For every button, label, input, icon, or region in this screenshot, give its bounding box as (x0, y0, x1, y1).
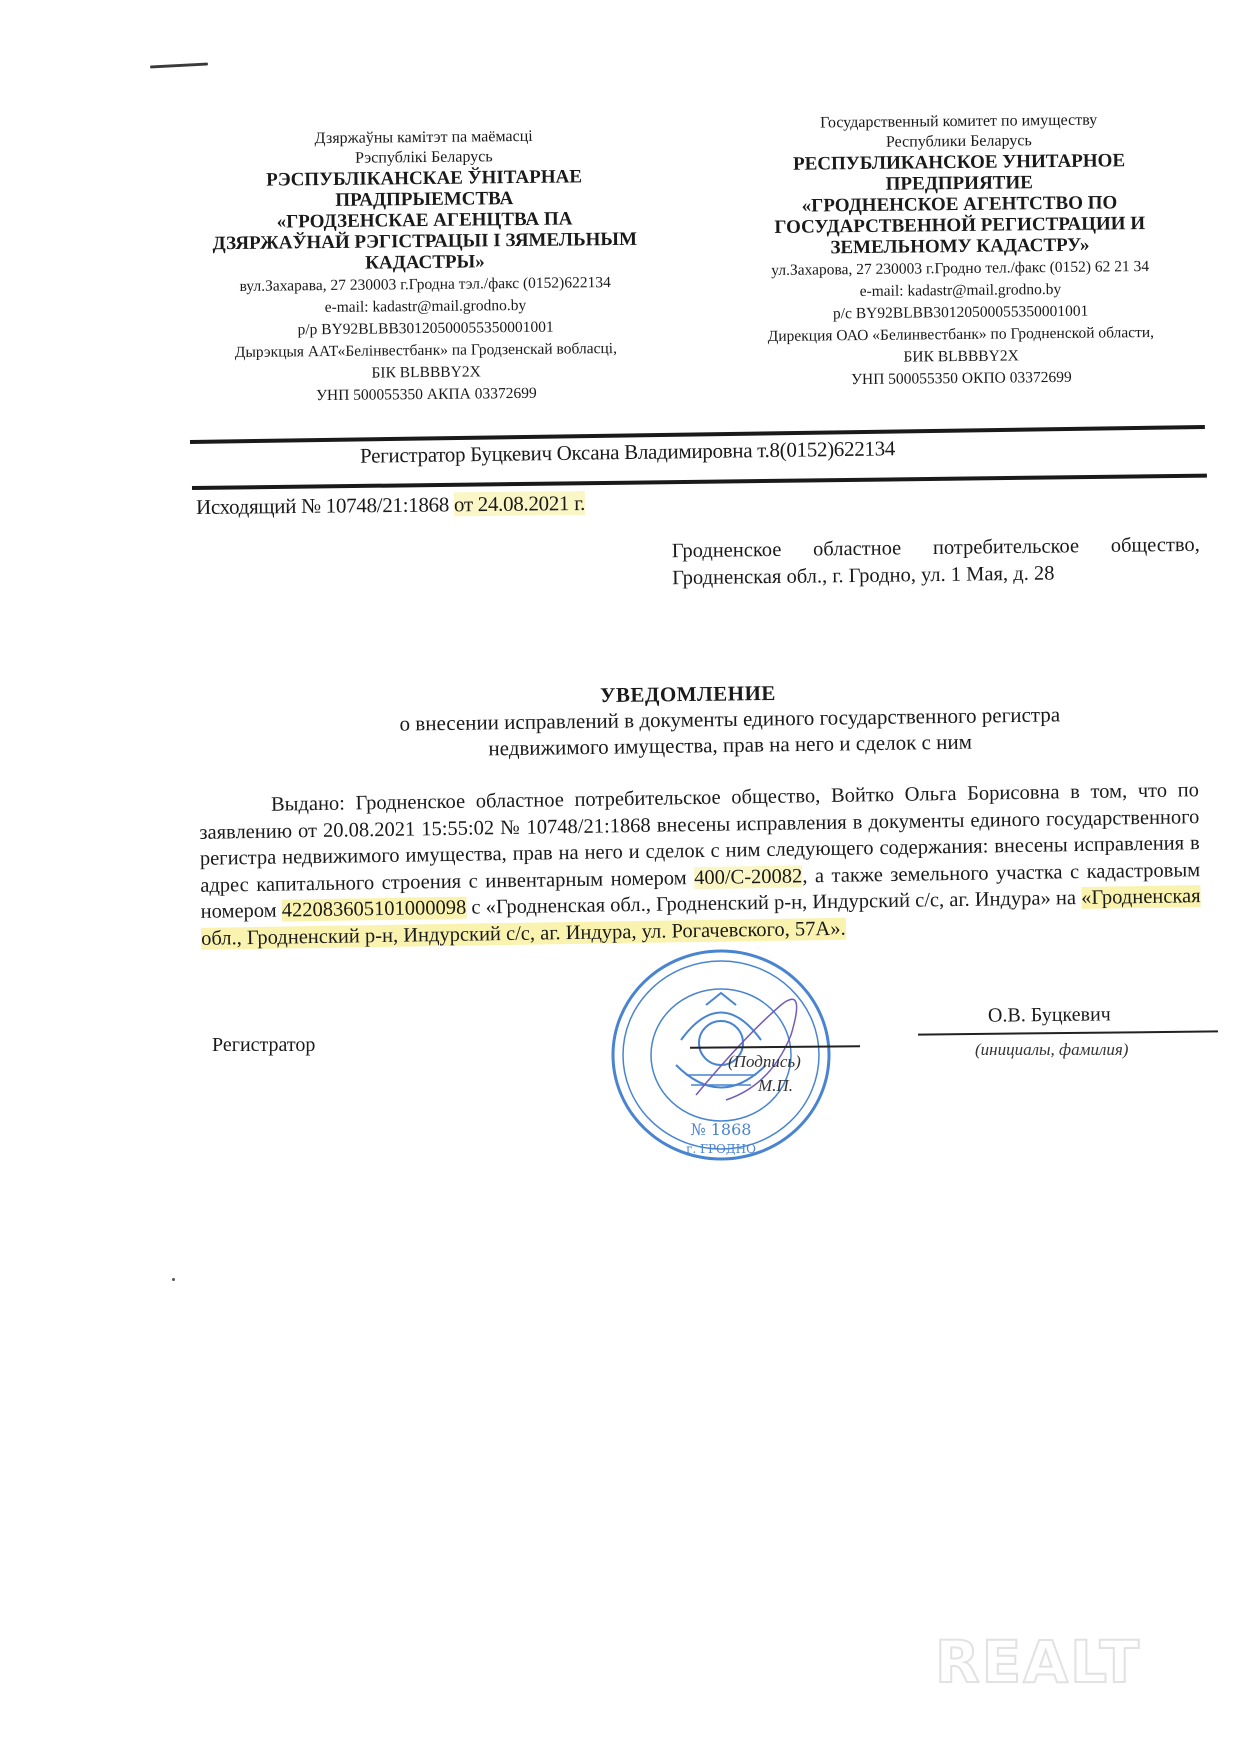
letterhead-belarusian: Дзяржаўны камітэт па маёмасці Рэспублікі… (179, 125, 672, 407)
inventory-number: 400/С-20082 (694, 865, 803, 889)
scan-mark (150, 62, 208, 68)
org-account: р/р BY92BLBB30120500055350001001 (181, 316, 671, 341)
paragraph-indent (199, 811, 271, 812)
org-ids: УНП 500055350 АКПА 03372699 (181, 382, 671, 407)
signature-role-label: Регистратор (212, 1034, 315, 1057)
outgoing-number: Исходящий № 10748/21:1868 от 24.08.2021 … (196, 491, 585, 520)
org-address: вул.Захарава, 27 230003 г.Гродна тэл./фа… (180, 272, 670, 297)
letterhead-russian: Государственный комитет по имуществу Рес… (699, 109, 1222, 391)
outgoing-prefix: Исходящий № 10748/21:1868 (196, 492, 454, 519)
org-address: ул.Захарова, 27 230003 г.Гродно тел./фак… (700, 256, 1220, 281)
scan-speck (172, 1278, 175, 1281)
notice-body: Выдано: Гродненское областное потребител… (199, 777, 1201, 952)
signature-caption: (Подпись) (728, 1052, 801, 1072)
seal-caption: М.П. (758, 1076, 793, 1096)
org-ids: УНП 500055350 ОКПО 03372699 (701, 366, 1221, 391)
registrar-contact: Регистратор Буцкевич Оксана Владимировна… (360, 436, 895, 468)
official-stamp: № 1868 г. ГРОДНО (606, 945, 836, 1165)
org-bic: БИК BLBBBY2X (701, 344, 1221, 369)
org-email: e-mail: kadastr@mail.grodno.by (180, 294, 670, 319)
org-email: e-mail: kadastr@mail.grodno.by (700, 278, 1220, 303)
signer-name: О.В. Буцкевич (988, 1003, 1111, 1027)
org-bank: Дирекция ОАО «Белинвестбанк» по Гродненс… (701, 322, 1221, 347)
addressee-block: Гродненское областное потребительское об… (672, 532, 1201, 592)
divider-bottom (192, 474, 1207, 490)
name-caption: (инициалы, фамилия) (975, 1040, 1128, 1060)
stamp-city: г. ГРОДНО (686, 1142, 756, 1156)
body-part: с «Гродненская обл., Гродненский р-н, Ин… (466, 887, 1081, 919)
notice-title: УВЕДОМЛЕНИЕ (600, 681, 776, 708)
outgoing-date: от 24.08.2021 г. (454, 491, 585, 516)
watermark-text: REALT (935, 1630, 1141, 1690)
notice-subtitle: о внесении исправлений в документы едино… (320, 700, 1141, 763)
realt-watermark-logo: REALT (935, 1630, 1225, 1690)
stamp-number: № 1868 (691, 1120, 752, 1139)
cadastral-number: 422083605101000098 (282, 897, 467, 922)
org-bank: Дырэкцыя ААТ«Белінвестбанк» па Гродзенск… (181, 338, 671, 363)
org-account: р/с BY92BLBB30120500055350001001 (701, 300, 1221, 325)
name-line (918, 1030, 1218, 1035)
org-bic: БІК BLBBBY2X (181, 360, 671, 385)
